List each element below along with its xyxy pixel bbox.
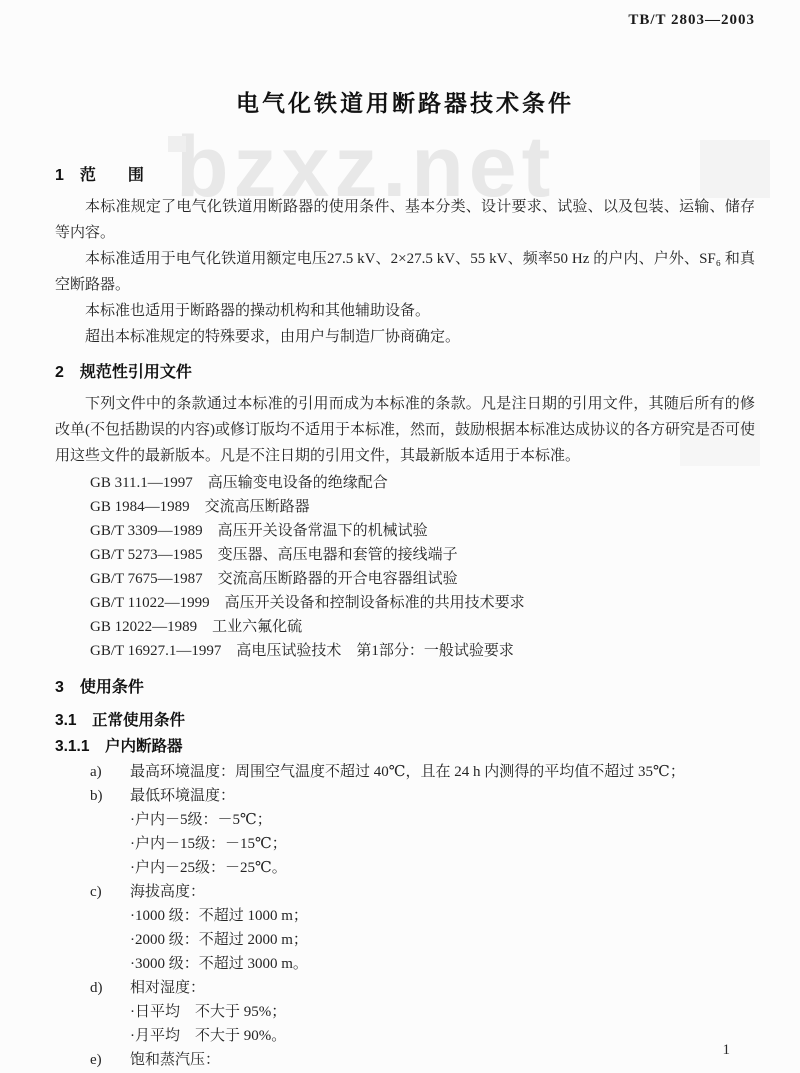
paragraph: 下列文件中的条款通过本标准的引用而成为本标准的条款。凡是注日期的引用文件，其随后… xyxy=(55,391,755,469)
reference-line: GB 12022—1989 工业六氟化硫 xyxy=(90,615,755,639)
reference-line: GB 1984—1989 交流高压断路器 xyxy=(90,495,755,519)
bullet-line: ·2000 级：不超过 2000 m； xyxy=(130,928,755,952)
bullet-line: ·日平均 不大于 95%； xyxy=(130,1000,755,1024)
paragraph: 超出本标准规定的特殊要求，由用户与制造厂协商确定。 xyxy=(55,324,755,350)
list-item-label: e) xyxy=(90,1048,130,1072)
page-number: 1 xyxy=(723,1042,731,1059)
reference-list: GB 311.1—1997 高压输变电设备的绝缘配合 GB 1984—1989 … xyxy=(90,471,755,663)
list-item-label: a) xyxy=(90,760,130,784)
list-item-text: 最高环境温度：周围空气温度不超过 40℃，且在 24 h 内测得的平均值不超过 … xyxy=(130,760,755,784)
document-page: bzxz.net TB/T 2803—2003 电气化铁道用断路器技术条件 1 … xyxy=(0,0,800,1073)
list-item-label: b) xyxy=(90,784,130,808)
paragraph: 本标准适用于电气化铁道用额定电压27.5 kV、2×27.5 kV、55 kV、… xyxy=(55,246,755,298)
list-item-text: 海拔高度： xyxy=(130,880,755,904)
reference-line: GB 311.1—1997 高压输变电设备的绝缘配合 xyxy=(90,471,755,495)
section-3-1-heading: 3.1 正常使用条件 xyxy=(55,708,755,734)
paragraph: 本标准也适用于断路器的操动机构和其他辅助设备。 xyxy=(55,298,755,324)
list-item: b) 最低环境温度： xyxy=(90,784,755,808)
list-item-text: 饱和蒸汽压： xyxy=(130,1048,755,1072)
reference-line: GB/T 3309—1989 高压开关设备常温下的机械试验 xyxy=(90,519,755,543)
bullet-line: ·户内－5级：－5℃； xyxy=(130,808,755,832)
reference-line: GB/T 11022—1999 高压开关设备和控制设备标准的共用技术要求 xyxy=(90,591,755,615)
list-item-text: 最低环境温度： xyxy=(130,784,755,808)
section-3-heading: 3 使用条件 xyxy=(55,674,755,697)
list-item-text: 相对湿度： xyxy=(130,976,755,1000)
standard-code: TB/T 2803—2003 xyxy=(55,12,755,29)
bullet-line: ·1000 级：不超过 1000 m； xyxy=(130,904,755,928)
list-item: d) 相对湿度： xyxy=(90,976,755,1000)
bullet-line: ·户内－25级：－25℃。 xyxy=(130,856,755,880)
page-title: 电气化铁道用断路器技术条件 xyxy=(55,85,755,118)
reference-line: GB/T 5273—1985 变压器、高压电器和套管的接线端子 xyxy=(90,543,755,567)
section-2-heading: 2 规范性引用文件 xyxy=(55,359,755,382)
reference-line: GB/T 7675—1987 交流高压断路器的开合电容器组试验 xyxy=(90,567,755,591)
reference-line: GB/T 16927.1—1997 高电压试验技术 第1部分：一般试验要求 xyxy=(90,639,755,663)
list-item: a) 最高环境温度：周围空气温度不超过 40℃，且在 24 h 内测得的平均值不… xyxy=(90,760,755,784)
document-content: TB/T 2803—2003 电气化铁道用断路器技术条件 1 范 围 本标准规定… xyxy=(0,0,800,1072)
list-item: c) 海拔高度： xyxy=(90,880,755,904)
bullet-line: ·户内－15级：－15℃； xyxy=(130,832,755,856)
section-1-heading: 1 范 围 xyxy=(55,162,755,185)
bullet-line: ·3000 级：不超过 3000 m。 xyxy=(130,952,755,976)
list-item-label: d) xyxy=(90,976,130,1000)
bullet-line: ·月平均 不大于 90%。 xyxy=(130,1024,755,1048)
paragraph: 本标准规定了电气化铁道用断路器的使用条件、基本分类、设计要求、试验、以及包装、运… xyxy=(55,194,755,246)
list-item: e) 饱和蒸汽压： xyxy=(90,1048,755,1072)
section-3-1-1-heading: 3.1.1 户内断路器 xyxy=(55,734,755,760)
list-item-label: c) xyxy=(90,880,130,904)
